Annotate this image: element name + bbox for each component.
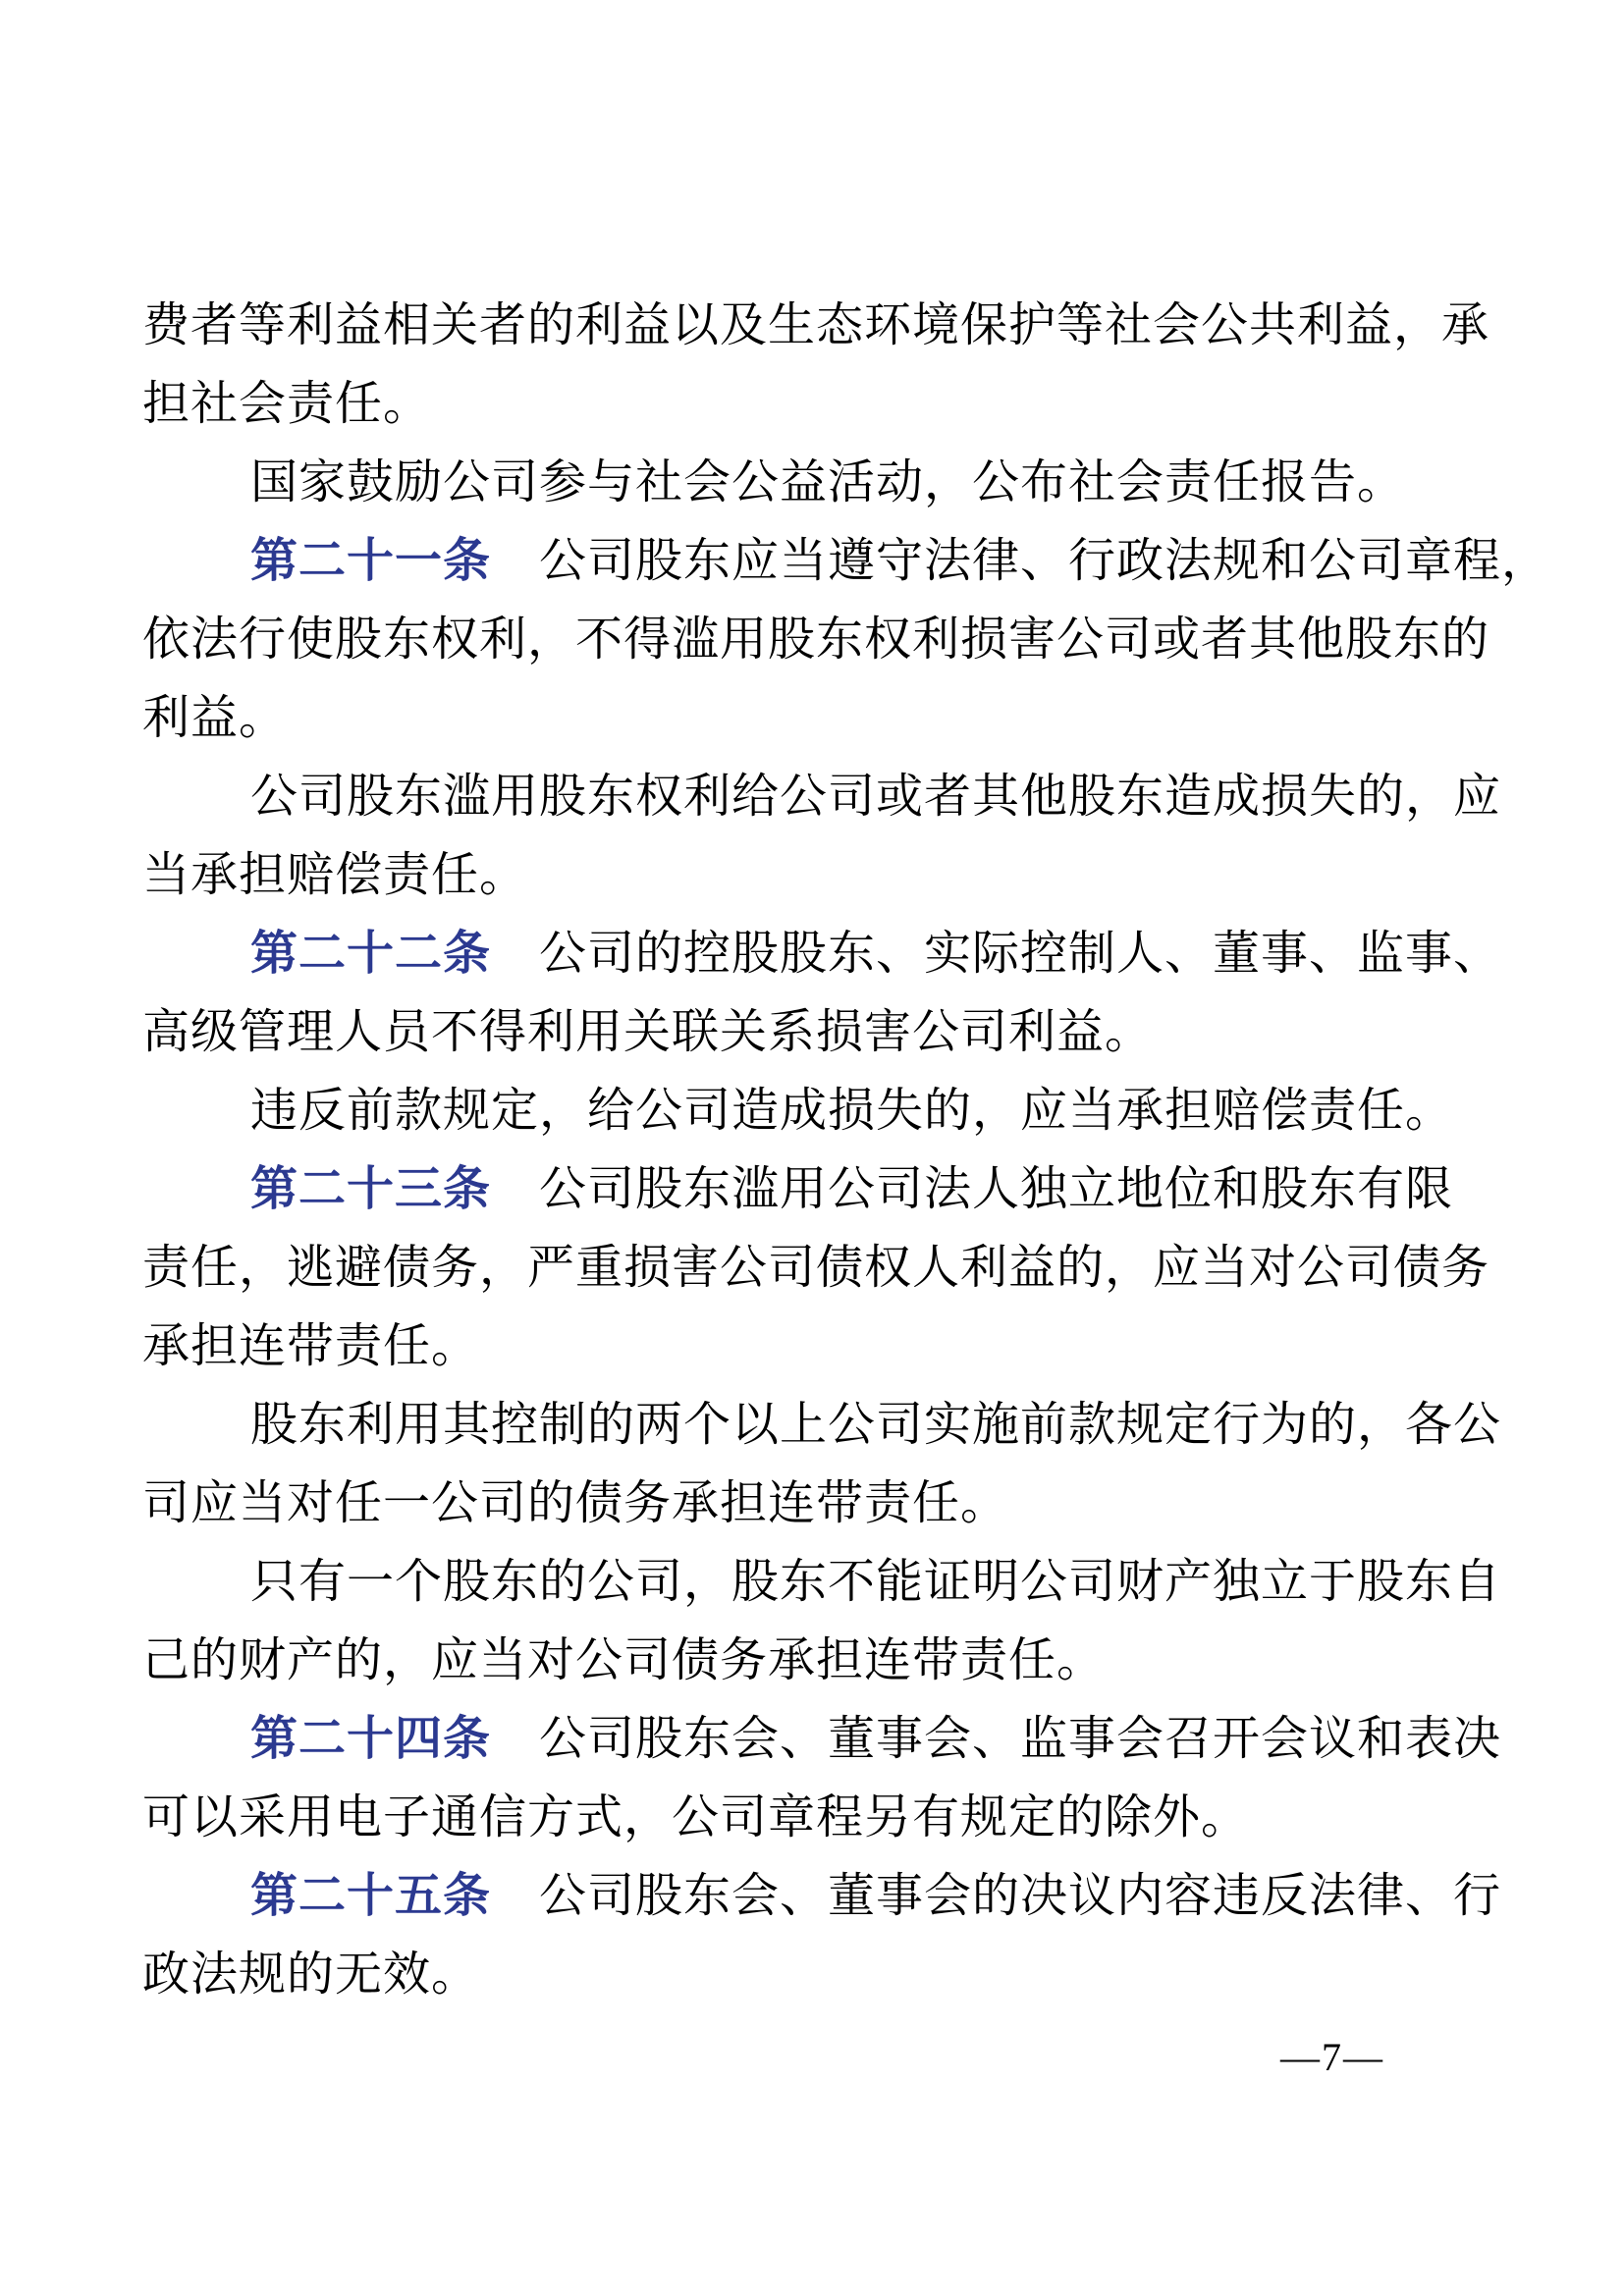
line-text: 违反前款规定，给公司造成损失的，应当承担赔偿责任。 [250, 1085, 1453, 1137]
line-text: 股东利用其控制的两个以上公司实施前款规定行为的，各公 [250, 1399, 1501, 1451]
text-line: 高级管理人员不得利用关联关系损害公司利益。 [142, 993, 1484, 1072]
text-line: 第二十四条 公司股东会、董事会、监事会召开会议和表决 [142, 1700, 1484, 1779]
line-text: 费者等利益相关者的利益以及生态环境保护等社会公共利益，承 [142, 299, 1489, 351]
text-line: 第二十二条 公司的控股股东、实际控制人、董事、监事、 [142, 915, 1484, 993]
text-line: 当承担赔偿责任。 [142, 836, 1484, 915]
text-line: 利益。 [142, 679, 1484, 758]
page-number: —7— [1280, 2034, 1384, 2080]
text-line: 依法行使股东权利，不得滥用股东权利损害公司或者其他股东的 [142, 601, 1484, 679]
text-line: 费者等利益相关者的利益以及生态环境保护等社会公共利益，承 [142, 287, 1484, 365]
article-number: 第二十五条 [250, 1870, 491, 1922]
text-line: 担社会责任。 [142, 365, 1484, 444]
line-text: 公司股东应当遵守法律、行政法规和公司章程， [491, 535, 1549, 587]
article-number: 第二十四条 [250, 1713, 491, 1765]
line-text: 担社会责任。 [142, 378, 431, 430]
line-text: 承担连带责任。 [142, 1320, 479, 1372]
text-line: 司应当对任一公司的债务承担连带责任。 [142, 1465, 1484, 1543]
text-line: 违反前款规定，给公司造成损失的，应当承担赔偿责任。 [142, 1072, 1484, 1150]
line-text: 己的财产的，应当对公司债务承担连带责任。 [142, 1634, 1105, 1686]
line-text: 高级管理人员不得利用关联关系损害公司利益。 [142, 1006, 1153, 1058]
line-text: 责任，逃避债务，严重损害公司债权人利益的，应当对公司债务 [142, 1242, 1489, 1294]
text-line: 国家鼓励公司参与社会公益活动，公布社会责任报告。 [142, 444, 1484, 522]
article-number: 第二十二条 [250, 928, 491, 980]
article-number: 第二十三条 [250, 1163, 491, 1215]
document-lines: 费者等利益相关者的利益以及生态环境保护等社会公共利益，承担社会责任。国家鼓励公司… [142, 287, 1484, 2014]
text-line: 政法规的无效。 [142, 1936, 1484, 2014]
text-line: 股东利用其控制的两个以上公司实施前款规定行为的，各公 [142, 1386, 1484, 1465]
line-text: 政法规的无效。 [142, 1949, 479, 2001]
text-line: 公司股东滥用股东权利给公司或者其他股东造成损失的，应 [142, 758, 1484, 836]
line-text: 公司股东滥用公司法人独立地位和股东有限 [491, 1163, 1453, 1215]
text-line: 第二十三条 公司股东滥用公司法人独立地位和股东有限 [142, 1150, 1484, 1229]
text-line: 只有一个股东的公司，股东不能证明公司财产独立于股东自 [142, 1543, 1484, 1622]
line-text: 公司股东会、董事会、监事会召开会议和表决 [491, 1713, 1501, 1765]
text-line: 责任，逃避债务，严重损害公司债权人利益的，应当对公司债务 [142, 1229, 1484, 1308]
line-text: 只有一个股东的公司，股东不能证明公司财产独立于股东自 [250, 1556, 1501, 1608]
line-text: 依法行使股东权利，不得滥用股东权利损害公司或者其他股东的 [142, 614, 1489, 666]
line-text: 当承担赔偿责任。 [142, 849, 527, 901]
line-text: 国家鼓励公司参与社会公益活动，公布社会责任报告。 [250, 456, 1405, 508]
text-line: 可以采用电子通信方式，公司章程另有规定的除外。 [142, 1779, 1484, 1857]
line-text: 公司股东会、董事会的决议内容违反法律、行 [491, 1870, 1501, 1922]
document-page: 费者等利益相关者的利益以及生态环境保护等社会公共利益，承担社会责任。国家鼓励公司… [0, 0, 1624, 2296]
line-text: 利益。 [142, 692, 287, 744]
text-line: 己的财产的，应当对公司债务承担连带责任。 [142, 1622, 1484, 1700]
text-line: 承担连带责任。 [142, 1308, 1484, 1386]
line-text: 公司的控股股东、实际控制人、董事、监事、 [491, 928, 1501, 980]
text-line: 第二十一条 公司股东应当遵守法律、行政法规和公司章程， [142, 522, 1484, 601]
line-text: 可以采用电子通信方式，公司章程另有规定的除外。 [142, 1791, 1249, 1843]
text-line: 第二十五条 公司股东会、董事会的决议内容违反法律、行 [142, 1857, 1484, 1936]
article-number: 第二十一条 [250, 535, 491, 587]
line-text: 司应当对任一公司的债务承担连带责任。 [142, 1477, 1008, 1529]
line-text: 公司股东滥用股东权利给公司或者其他股东造成损失的，应 [250, 771, 1501, 823]
